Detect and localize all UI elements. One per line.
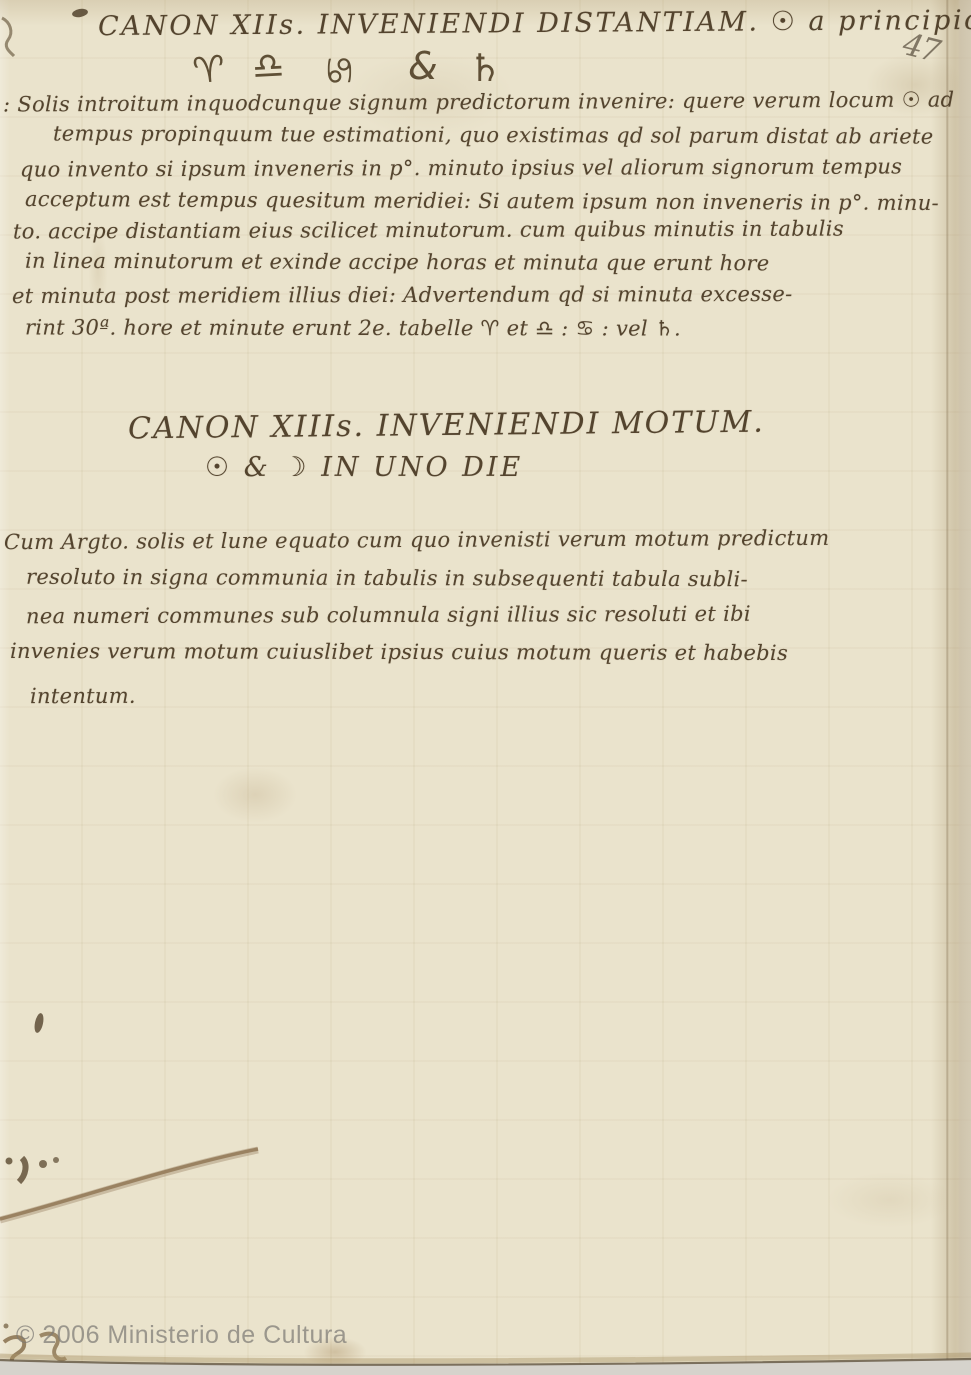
ink-dot bbox=[6, 1158, 13, 1165]
ink-dot bbox=[4, 1324, 9, 1329]
copyright-watermark: © 2006 Ministerio de Cultura bbox=[16, 1321, 347, 1350]
ink-blob bbox=[19, 1158, 26, 1182]
manuscript-page: CANON XIIs. INVENIENDI DISTANTIAM. ☉ a p… bbox=[0, 0, 971, 1375]
page-bottom-edge-shade bbox=[0, 1355, 971, 1361]
margin-scribble bbox=[2, 18, 14, 56]
ink-blot bbox=[71, 8, 88, 19]
ink-dot bbox=[39, 1160, 47, 1168]
ink-blot bbox=[33, 1012, 45, 1033]
ink-marks-and-edges bbox=[0, 0, 971, 1375]
ink-dot bbox=[53, 1157, 59, 1163]
